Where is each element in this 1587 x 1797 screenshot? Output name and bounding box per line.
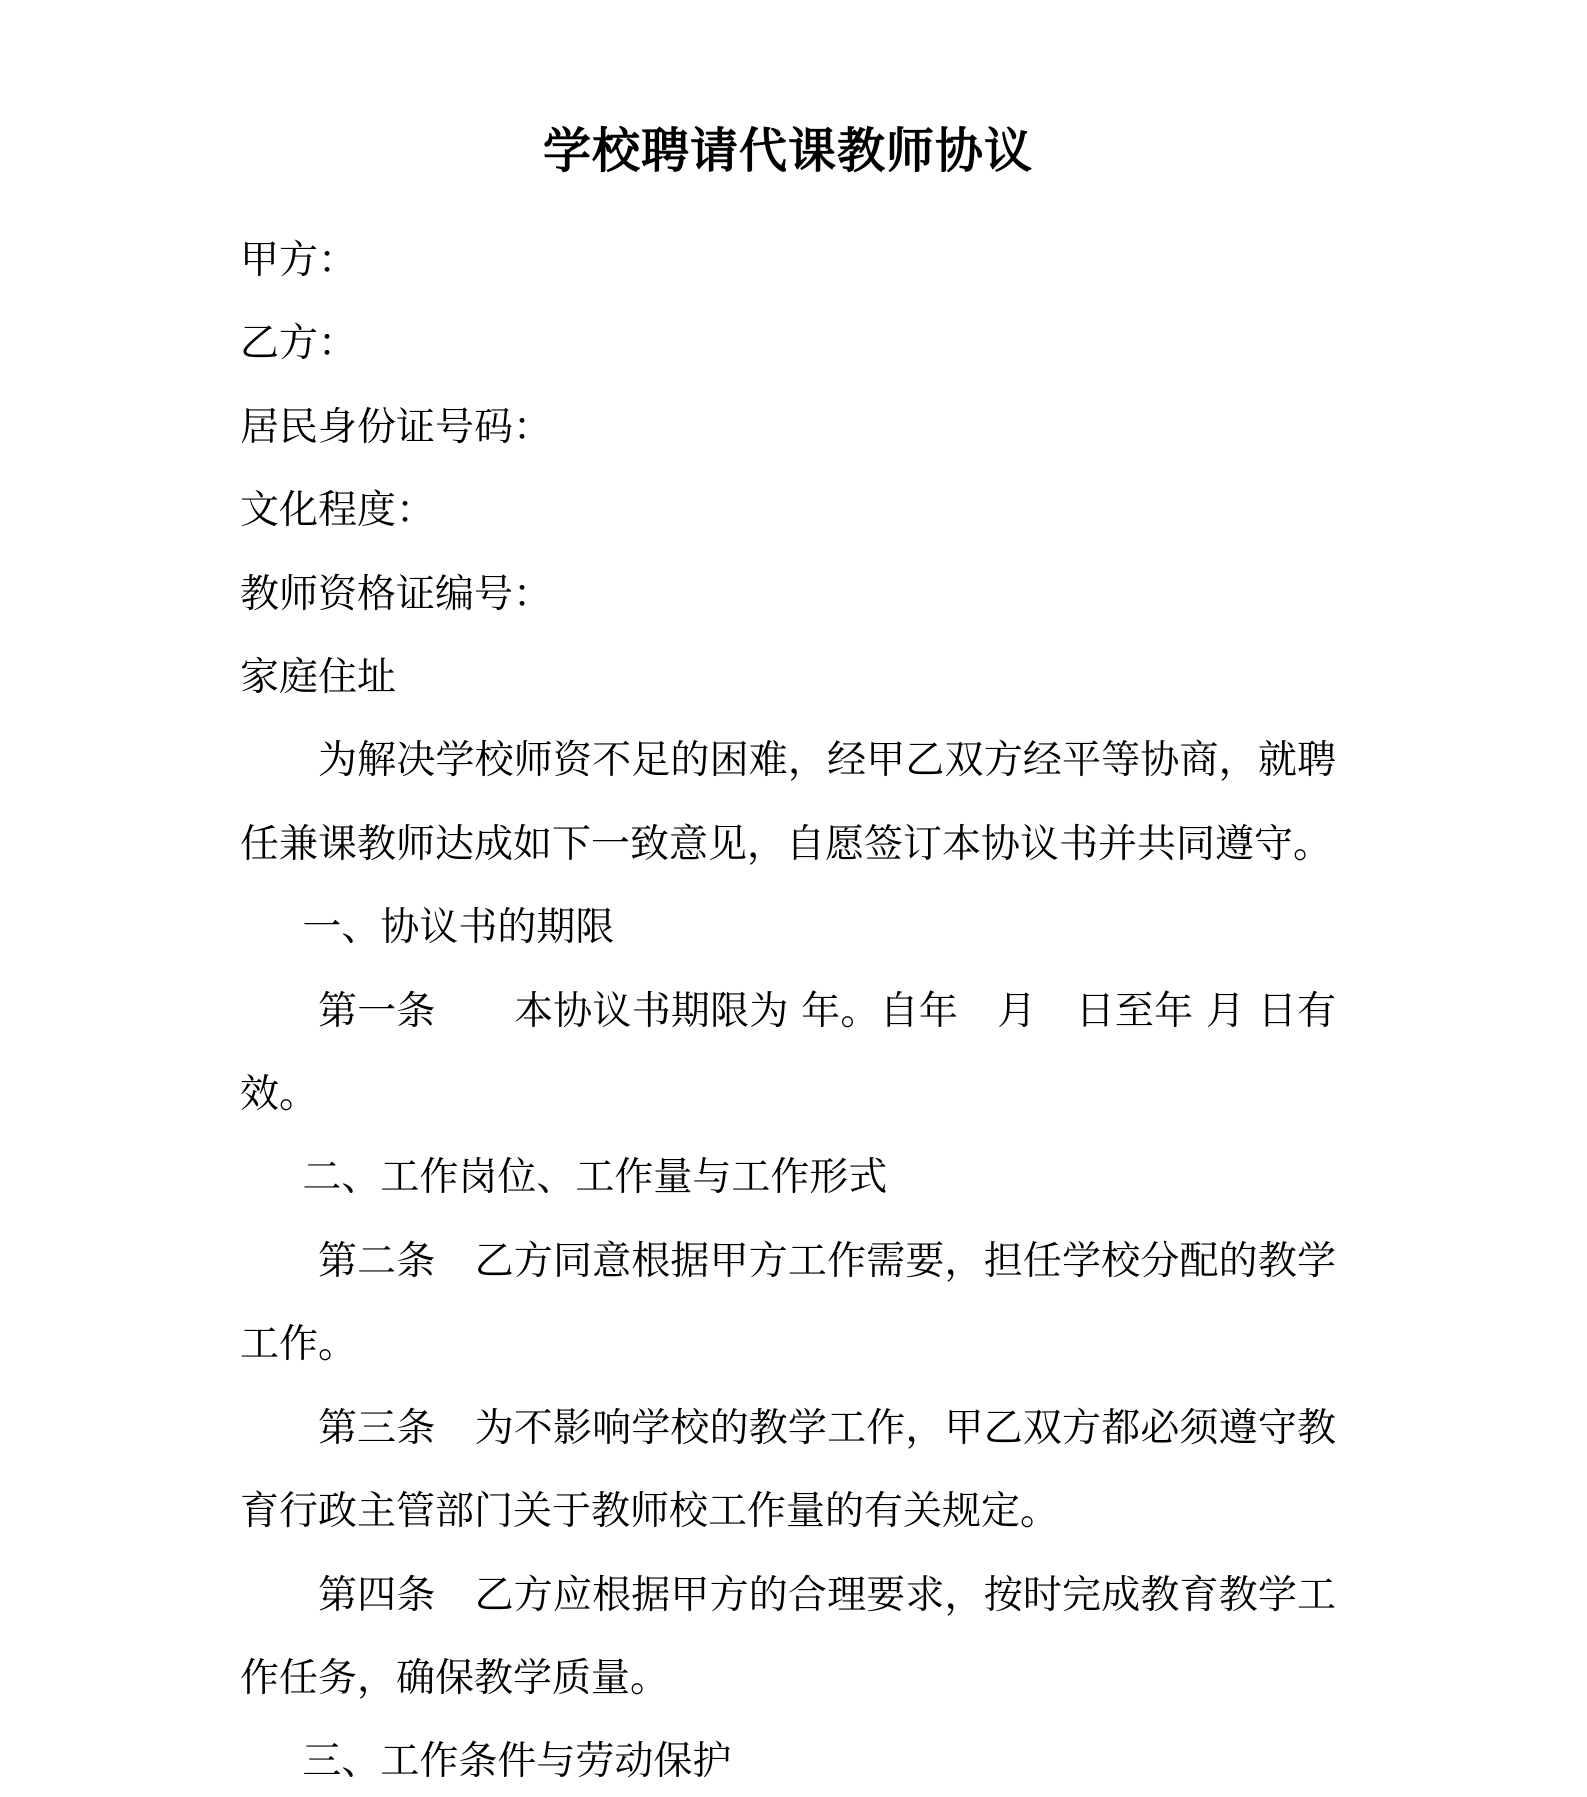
clause-1-paragraph: 第一条 本协议书期限为 年。自年 月 日至年 月 日有效。 bbox=[240, 970, 1336, 1137]
section-2-heading: 二、工作岗位、工作量与工作形式 bbox=[240, 1136, 1336, 1219]
home-address-line: 家庭住址 bbox=[240, 636, 1336, 719]
document-page: 学校聘请代课教师协议 甲方： 乙方： 居民身份证号码： 文化程度： 教师资格证编… bbox=[0, 0, 1587, 1797]
clause-2-paragraph: 第二条 乙方同意根据甲方工作需要，担任学校分配的教学工作。 bbox=[240, 1220, 1336, 1387]
id-card-line: 居民身份证号码： bbox=[240, 386, 1336, 469]
party-b-line: 乙方： bbox=[240, 302, 1336, 385]
teacher-cert-line: 教师资格证编号： bbox=[240, 553, 1336, 636]
preamble-paragraph: 为解决学校师资不足的困难，经甲乙双方经平等协商，就聘任兼课教师达成如下一致意见，… bbox=[240, 719, 1336, 886]
clause-3-paragraph: 第三条 为不影响学校的教学工作，甲乙双方都必须遵守教育行政主管部门关于教师校工作… bbox=[240, 1387, 1336, 1554]
section-3-heading: 三、工作条件与劳动保护 bbox=[240, 1720, 1336, 1797]
party-a-line: 甲方： bbox=[240, 219, 1336, 302]
education-level-line: 文化程度： bbox=[240, 469, 1336, 552]
clause-4-paragraph: 第四条 乙方应根据甲方的合理要求，按时完成教育教学工作任务，确保教学质量。 bbox=[240, 1554, 1336, 1721]
document-title: 学校聘请代课教师协议 bbox=[240, 103, 1336, 199]
section-1-heading: 一、协议书的期限 bbox=[240, 886, 1336, 969]
